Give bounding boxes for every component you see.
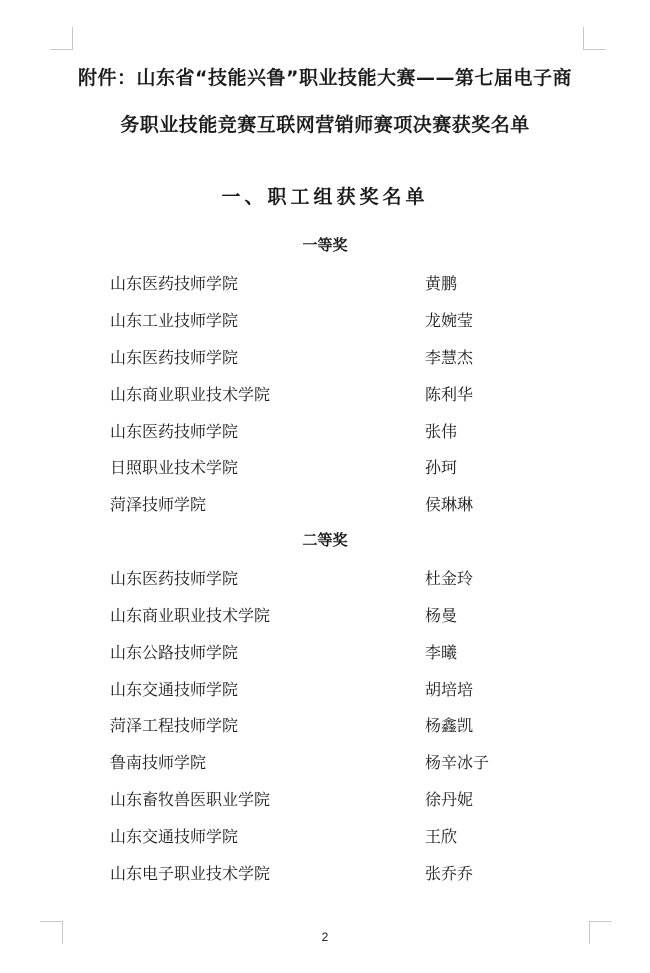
winner-organization: 山东医药技师学院 xyxy=(110,345,238,368)
winner-organization: 山东交通技师学院 xyxy=(110,824,238,847)
list-item: 鲁南技师学院 杨辛冰子 xyxy=(0,750,650,774)
winner-name: 李慧杰 xyxy=(425,345,473,368)
winner-name: 杨鑫凯 xyxy=(425,713,473,736)
winner-organization: 菏泽技师学院 xyxy=(110,492,206,515)
winner-name: 李曦 xyxy=(425,640,457,663)
winner-organization: 山东电子职业技术学院 xyxy=(110,861,270,884)
page-number: 2 xyxy=(0,930,650,944)
winner-organization: 山东医药技师学院 xyxy=(110,419,238,442)
winner-organization: 鲁南技师学院 xyxy=(110,750,206,773)
section-heading: 一、职工组获奖名单 xyxy=(0,182,650,209)
winner-organization: 山东交通技师学院 xyxy=(110,677,238,700)
winner-name: 杜金玲 xyxy=(425,566,473,589)
winner-name: 侯琳琳 xyxy=(425,492,473,515)
winner-organization: 山东商业职业技术学院 xyxy=(110,382,270,405)
winner-name: 黄鹏 xyxy=(425,271,457,294)
award-heading-first-prize: 一等奖 xyxy=(0,234,650,255)
list-item: 山东医药技师学院 杜金玲 xyxy=(0,566,650,590)
winner-name: 徐丹妮 xyxy=(425,787,473,810)
winner-name: 杨辛冰子 xyxy=(425,750,489,773)
list-item: 山东交通技师学院 胡培培 xyxy=(0,677,650,701)
winner-organization: 山东公路技师学院 xyxy=(110,640,238,663)
list-item: 山东医药技师学院 张伟 xyxy=(0,419,650,443)
list-item: 山东医药技师学院 黄鹏 xyxy=(0,271,650,295)
winner-name: 龙婉莹 xyxy=(425,308,473,331)
winner-name: 胡培培 xyxy=(425,677,473,700)
list-item: 菏泽技师学院 侯琳琳 xyxy=(0,492,650,516)
list-item: 菏泽工程技师学院 杨鑫凯 xyxy=(0,713,650,737)
crop-mark-top-right xyxy=(583,27,606,50)
list-item: 山东医药技师学院 李慧杰 xyxy=(0,345,650,369)
winner-organization: 菏泽工程技师学院 xyxy=(110,713,238,736)
winner-organization: 山东商业职业技术学院 xyxy=(110,603,270,626)
winner-name: 张乔乔 xyxy=(425,861,473,884)
list-item: 山东公路技师学院 李曦 xyxy=(0,640,650,664)
winner-name: 张伟 xyxy=(425,419,457,442)
winner-name: 陈利华 xyxy=(425,382,473,405)
winner-organization: 山东医药技师学院 xyxy=(110,566,238,589)
winner-organization: 山东畜牧兽医职业学院 xyxy=(110,787,270,810)
winner-name: 杨曼 xyxy=(425,603,457,626)
crop-mark-top-left xyxy=(50,27,73,50)
award-heading-second-prize: 二等奖 xyxy=(0,529,650,550)
winner-organization: 日照职业技术学院 xyxy=(110,455,238,478)
list-item: 山东畜牧兽医职业学院 徐丹妮 xyxy=(0,787,650,811)
list-item: 日照职业技术学院 孙珂 xyxy=(0,455,650,479)
list-item: 山东工业技师学院 龙婉莹 xyxy=(0,308,650,332)
list-item: 山东交通技师学院 王欣 xyxy=(0,824,650,848)
winner-organization: 山东医药技师学院 xyxy=(110,271,238,294)
list-item: 山东商业职业技术学院 陈利华 xyxy=(0,382,650,406)
document-page: 附件：山东省“技能兴鲁”职业技能大赛——第七届电子商 务职业技能竞赛互联网营销师… xyxy=(0,0,650,973)
document-title-line-1: 附件：山东省“技能兴鲁”职业技能大赛——第七届电子商 xyxy=(0,63,650,90)
winner-name: 孙珂 xyxy=(425,455,457,478)
winner-organization: 山东工业技师学院 xyxy=(110,308,238,331)
list-item: 山东电子职业技术学院 张乔乔 xyxy=(0,861,650,885)
list-item: 山东商业职业技术学院 杨曼 xyxy=(0,603,650,627)
document-title-line-2: 务职业技能竞赛互联网营销师赛项决赛获奖名单 xyxy=(0,110,650,137)
winner-name: 王欣 xyxy=(425,824,457,847)
